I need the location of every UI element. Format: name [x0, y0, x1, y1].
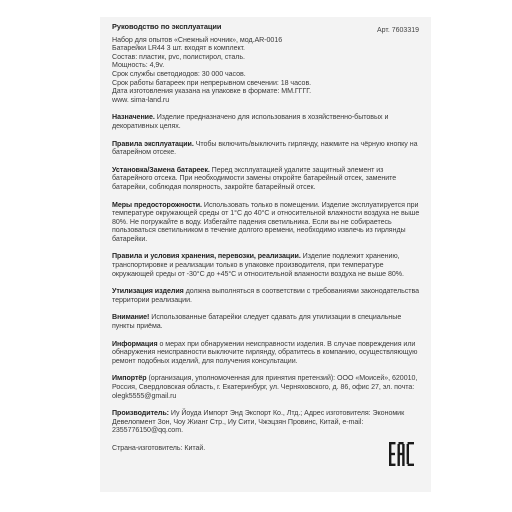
section-heading: Назначение. — [112, 113, 155, 121]
section-heading: Утилизация изделия — [112, 287, 184, 295]
spec-line: Срок службы светодиодов: 30 000 часов. — [112, 70, 422, 79]
product-specs: Набор для опытов «Снежный ночник», мод.A… — [112, 36, 422, 105]
section-importer: Импортёр (организация, уполномоченная дл… — [112, 374, 422, 400]
spec-line: Батарейки LR44 3 шт. входят в комплект. — [112, 44, 422, 53]
eac-mark-icon — [389, 442, 414, 466]
section-heading: Установка/Замена батареек. — [112, 166, 210, 174]
section-heading: Импортёр — [112, 374, 147, 382]
sheet-content: Руководство по эксплуатации Набор для оп… — [112, 23, 422, 453]
section-text: (организация, уполномоченная для приняти… — [112, 374, 417, 399]
section-heading: Производитель: — [112, 409, 169, 417]
spec-line: Дата изготовления указана на упаковке в … — [112, 87, 422, 96]
section-heading: Правила и условия хранения, перевозки, р… — [112, 252, 301, 260]
section-heading: Информация — [112, 340, 158, 348]
section-text: о мерах при обнаружении неисправности из… — [112, 340, 417, 365]
spec-line: Состав: пластик, pvc, полистирол, сталь. — [112, 53, 422, 62]
spec-line: Срок работы батареек при непрерывном све… — [112, 79, 422, 88]
section-heading: Меры предосторожности. — [112, 201, 202, 209]
section-warning: Внимание! Использованные батарейки следу… — [112, 313, 422, 330]
section-storage: Правила и условия хранения, перевозки, р… — [112, 252, 422, 278]
spec-line: Мощность: 4,9v. — [112, 61, 422, 70]
section-heading: Правила эксплуатации. — [112, 140, 194, 148]
section-text: Использованные батарейки следует сдавать… — [112, 313, 401, 330]
section-disposal: Утилизация изделия должна выполняться в … — [112, 287, 422, 304]
section-information: Информация о мерах при обнаружении неисп… — [112, 340, 422, 366]
section-operation-rules: Правила эксплуатации. Чтобы включить/вык… — [112, 140, 422, 157]
section-heading: Внимание! — [112, 313, 149, 321]
section-precautions: Меры предосторожности. Использовать толь… — [112, 201, 422, 244]
country-of-origin: Страна-изготовитель: Китай. — [112, 444, 422, 453]
website-text: www. sima-land.ru — [112, 96, 422, 105]
section-purpose: Назначение. Изделие предназначено для ис… — [112, 113, 422, 130]
section-battery-replacement: Установка/Замена батареек. Перед эксплуа… — [112, 166, 422, 192]
section-manufacturer: Производитель: Иу Йоуда Импорт Энд Экспо… — [112, 409, 422, 435]
spec-line: Набор для опытов «Снежный ночник», мод.A… — [112, 36, 422, 45]
instruction-sheet: Арт. 7603319 Руководство по эксплуатации… — [100, 17, 431, 492]
page-title: Руководство по эксплуатации — [112, 23, 422, 32]
